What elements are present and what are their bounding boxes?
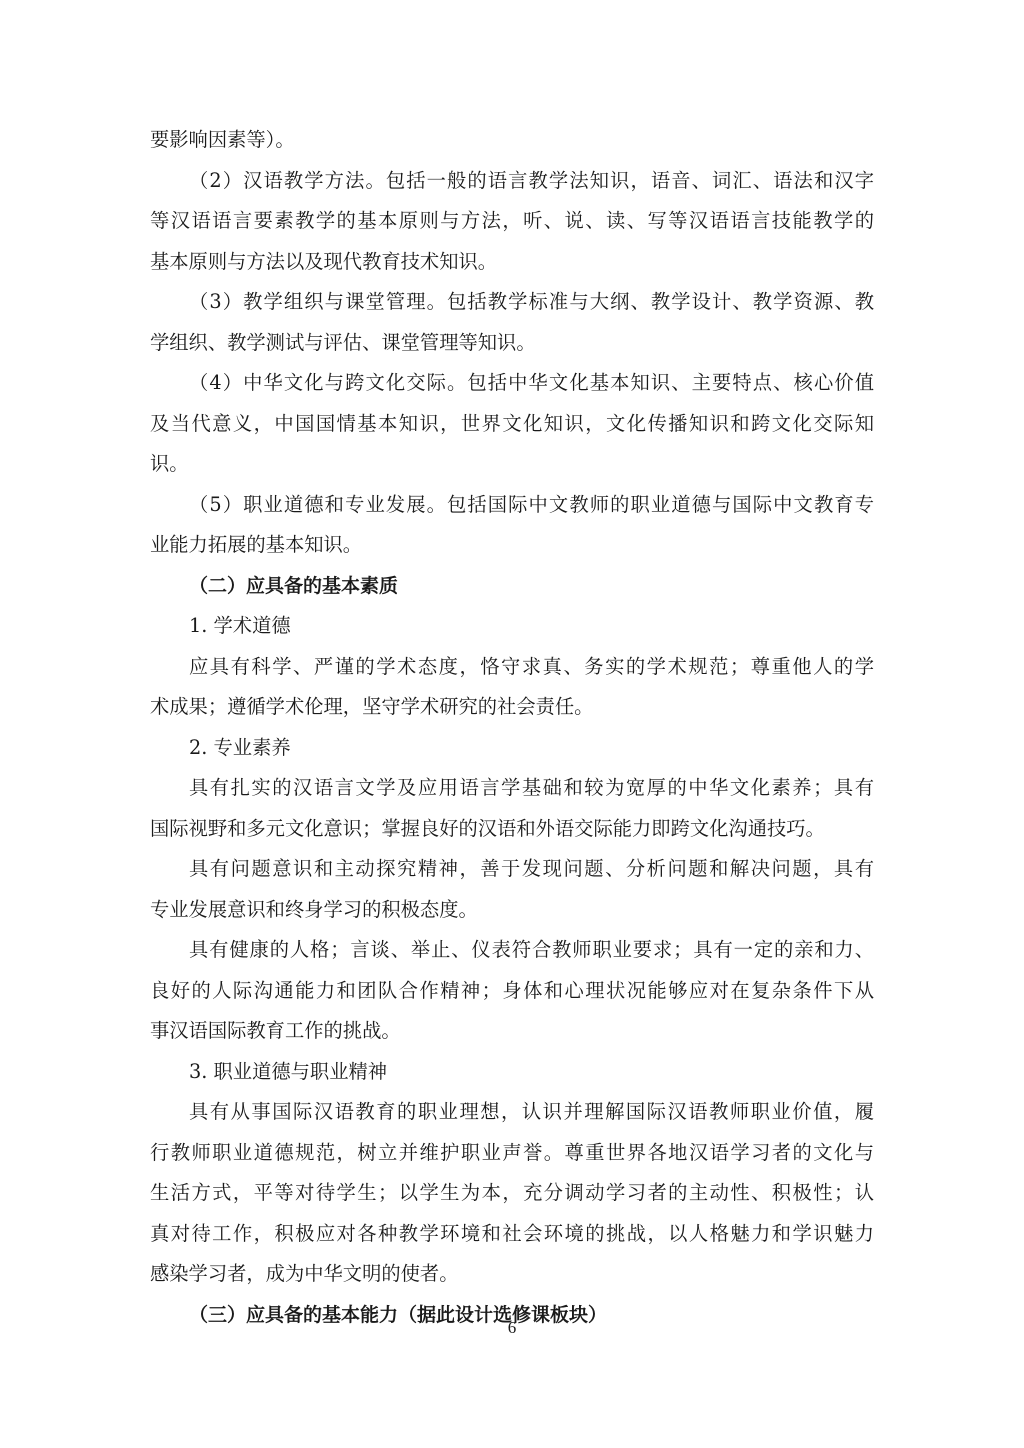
- text-line: 2. 专业素养: [150, 728, 874, 769]
- text-line: 学组织、教学测试与评估、课堂管理等知识。: [150, 323, 874, 364]
- text-line: 术成果；遵循学术伦理，坚守学术研究的社会责任。: [150, 687, 874, 728]
- text-line: 生活方式，平等对待学生；以学生为本，充分调动学习者的主动性、积极性；认: [150, 1173, 874, 1214]
- text-line: 等汉语语言要素教学的基本原则与方法，听、说、读、写等汉语语言技能教学的: [150, 201, 874, 242]
- section-heading: （二）应具备的基本素质: [150, 566, 874, 607]
- text-line: （4）中华文化与跨文化交际。包括中华文化基本知识、主要特点、核心价值: [150, 363, 874, 404]
- text-line: 具有问题意识和主动探究精神，善于发现问题、分析问题和解决问题，具有: [150, 849, 874, 890]
- text-line: 要影响因素等）。: [150, 120, 874, 161]
- text-line: 及当代意义，中国国情基本知识，世界文化知识，文化传播知识和跨文化交际知: [150, 404, 874, 445]
- text-line: 业能力拓展的基本知识。: [150, 525, 874, 566]
- text-line: 行教师职业道德规范，树立并维护职业声誉。尊重世界各地汉语学习者的文化与: [150, 1133, 874, 1174]
- text-line: 应具有科学、严谨的学术态度，恪守求真、务实的学术规范；尊重他人的学: [150, 647, 874, 688]
- text-line: 感染学习者，成为中华文明的使者。: [150, 1254, 874, 1295]
- text-line: 1. 学术道德: [150, 606, 874, 647]
- text-line: 国际视野和多元文化意识；掌握良好的汉语和外语交际能力即跨文化沟通技巧。: [150, 809, 874, 850]
- text-line: 具有扎实的汉语言文学及应用语言学基础和较为宽厚的中华文化素养；具有: [150, 768, 874, 809]
- text-line: 事汉语国际教育工作的挑战。: [150, 1011, 874, 1052]
- text-line: 专业发展意识和终身学习的积极态度。: [150, 890, 874, 931]
- text-line: （5）职业道德和专业发展。包括国际中文教师的职业道德与国际中文教育专: [150, 485, 874, 526]
- page-number: 6: [0, 1318, 1024, 1338]
- text-line: 具有从事国际汉语教育的职业理想，认识并理解国际汉语教师职业价值，履: [150, 1092, 874, 1133]
- document-page: 要影响因素等）。（2）汉语教学方法。包括一般的语言教学法知识，语音、词汇、语法和…: [150, 120, 874, 1335]
- text-line: 3. 职业道德与职业精神: [150, 1052, 874, 1093]
- text-line: 具有健康的人格；言谈、举止、仪表符合教师职业要求；具有一定的亲和力、: [150, 930, 874, 971]
- text-line: 真对待工作，积极应对各种教学环境和社会环境的挑战，以人格魅力和学识魅力: [150, 1214, 874, 1255]
- text-line: 基本原则与方法以及现代教育技术知识。: [150, 242, 874, 283]
- text-line: 识。: [150, 444, 874, 485]
- text-line: 良好的人际沟通能力和团队合作精神；身体和心理状况能够应对在复杂条件下从: [150, 971, 874, 1012]
- text-line: （2）汉语教学方法。包括一般的语言教学法知识，语音、词汇、语法和汉字: [150, 161, 874, 202]
- text-line: （3）教学组织与课堂管理。包括教学标准与大纲、教学设计、教学资源、教: [150, 282, 874, 323]
